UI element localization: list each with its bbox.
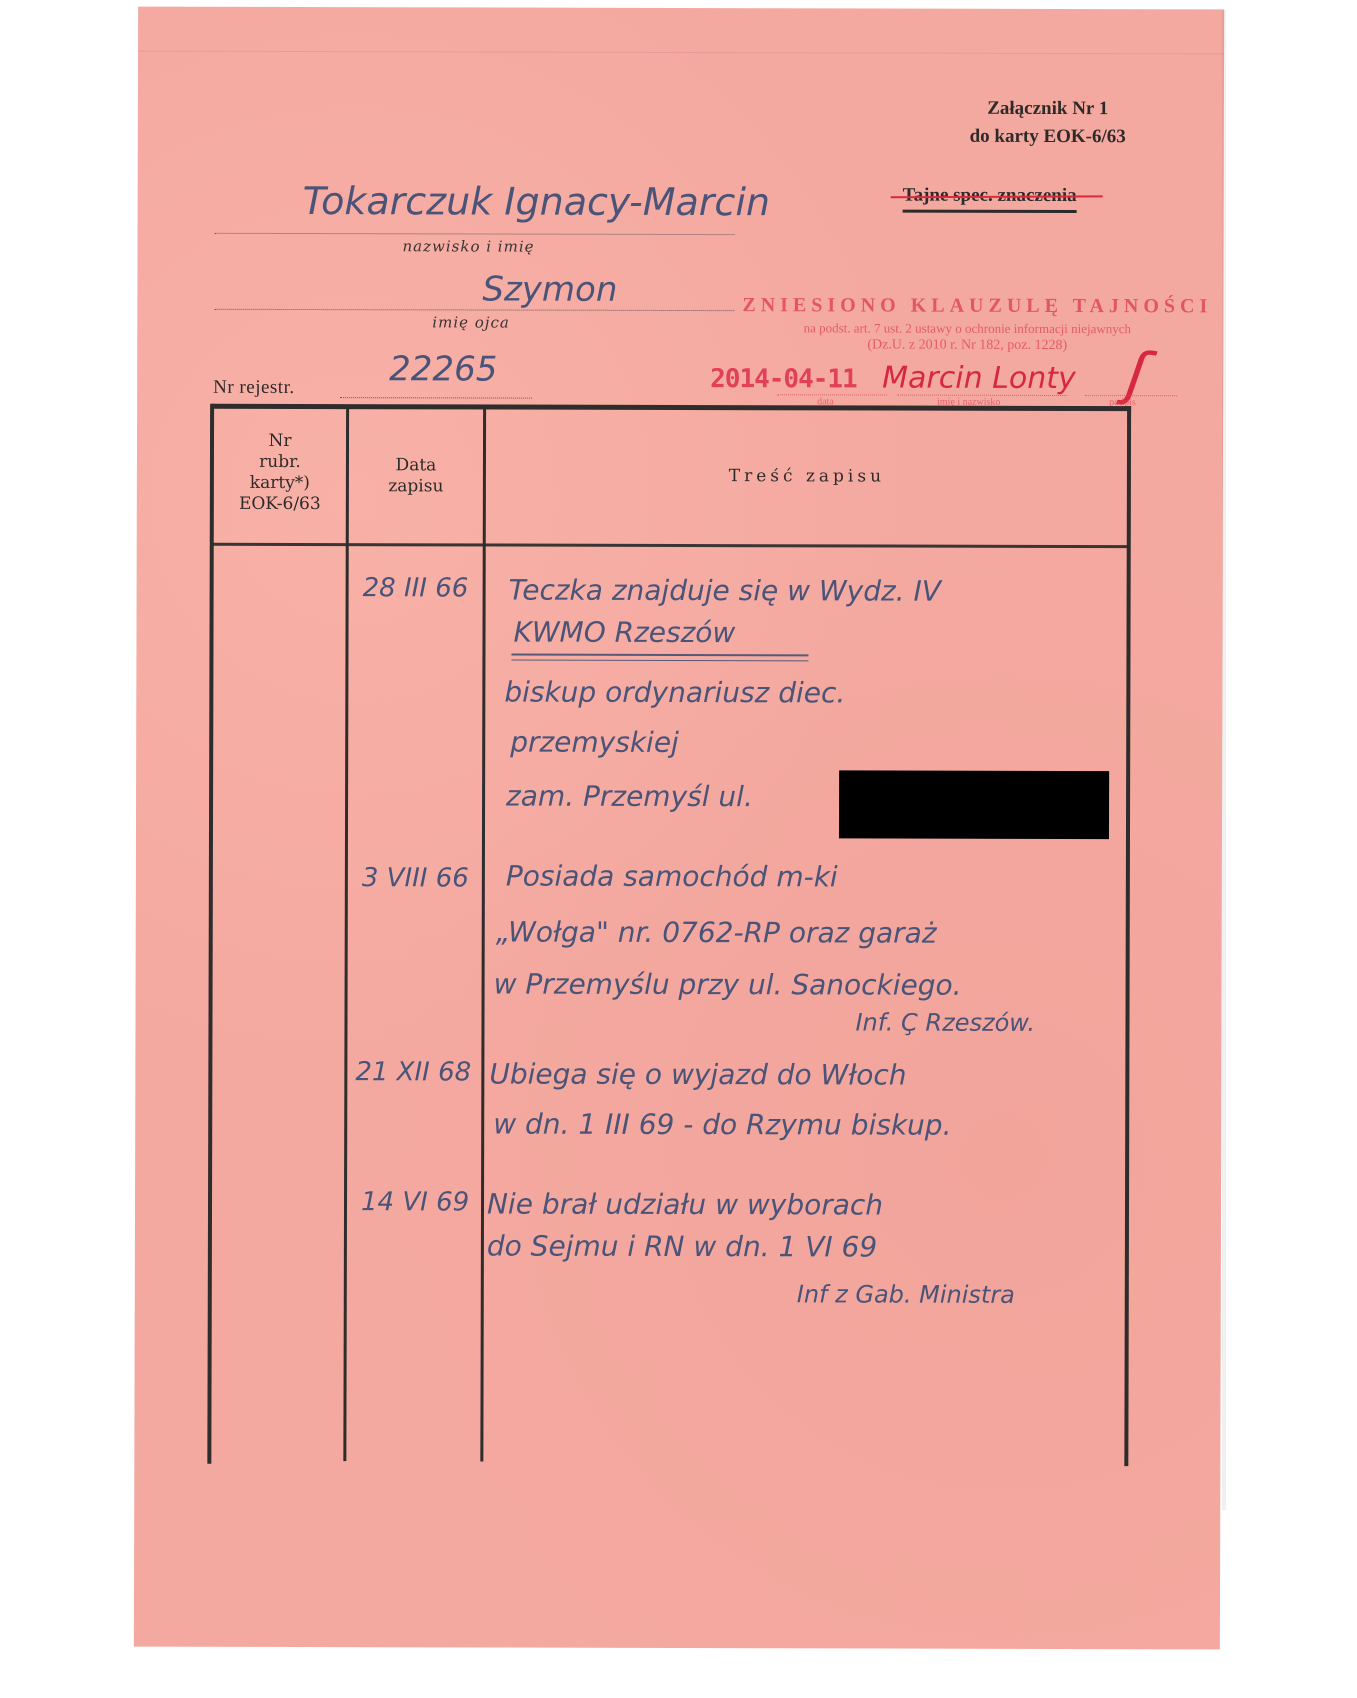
stamp-sign-line <box>1085 395 1177 396</box>
registry-value: 22265 <box>389 349 497 389</box>
row-2-date: 3 VIII 66 <box>362 863 469 893</box>
row-1-line-2: KWMO Rzeszów <box>513 616 735 650</box>
row-2-line-3: w Przemyślu przy ul. Sanockiego. <box>494 968 962 1002</box>
table-left-border <box>207 404 214 1464</box>
row-2-line-2: „Wołga" nr. 0762-RP oraz garaż <box>496 916 937 950</box>
declassification-stamp-title: ZNIESIONO KLAUZULĘ TAJNOŚCI <box>742 294 1212 318</box>
classification-underline <box>903 210 1077 213</box>
header-rubric-number: Nr rubr. karty*) EOK-6/63 <box>214 431 346 515</box>
name-label: nazwisko i imię <box>402 237 534 255</box>
stamp-date-line <box>777 394 887 395</box>
row-4-line-3: Inf z Gab. Ministra <box>797 1280 1015 1309</box>
father-name-value: Szymon <box>482 269 617 309</box>
header-rubric-line-2: rubr. <box>214 452 346 473</box>
row-1-line-3: biskup ordynariusz diec. <box>504 676 845 710</box>
header-rubric-line-3: karty*) <box>214 473 346 494</box>
row-2-line-4: Inf. Ç Rzeszów. <box>855 1008 1035 1036</box>
row-2-line-1: Posiada samochód m-ki <box>506 860 838 894</box>
registry-field-line <box>340 397 532 399</box>
header-entry-date: Data zapisu <box>349 455 483 497</box>
header-rubric-line-1: Nr <box>214 431 346 452</box>
registry-label: Nr rejestr. <box>213 377 295 399</box>
table-col-divider-2 <box>480 407 486 1461</box>
annex-header: Załącznik Nr 1 do karty EOK-6/63 <box>970 95 1126 151</box>
row-1-line-4: przemyskiej <box>510 726 679 759</box>
sheet-edge-shadow <box>1222 10 1226 1510</box>
declassification-legal-basis: na podst. art. 7 ust. 2 ustawy o ochroni… <box>762 320 1172 337</box>
row-3-date: 21 XII 68 <box>355 1057 471 1087</box>
row-1-date: 28 III 66 <box>363 573 469 603</box>
declassification-date: 2014-04-11 <box>710 364 857 394</box>
redaction-box <box>839 770 1109 839</box>
header-rubric-line-4: EOK-6/63 <box>214 494 346 515</box>
father-field-line <box>214 309 734 311</box>
row-1-line-5: zam. Przemyśl ul. <box>506 780 753 814</box>
name-field-line <box>215 233 735 235</box>
header-date-line-1: Data <box>349 455 483 476</box>
father-label: imię ojca <box>432 313 510 331</box>
annex-line-1: Załącznik Nr 1 <box>970 95 1126 123</box>
row-4-date: 14 VI 69 <box>361 1187 469 1217</box>
header-entry-content: Treść zapisu <box>487 465 1127 488</box>
row-3-line-1: Ubiega się o wyjazd do Włoch <box>489 1058 906 1092</box>
name-value: Tokarczuk Ignacy-Marcin <box>303 179 770 224</box>
table-top-border <box>212 404 1131 411</box>
annex-line-2: do karty EOK-6/63 <box>970 123 1126 151</box>
declassification-citation: (Dz.U. z 2010 r. Nr 182, poz. 1228) <box>762 337 1172 354</box>
table-col-divider-1 <box>343 407 349 1461</box>
row-3-line-2: w dn. 1 III 69 - do Rzymu biskup. <box>493 1108 951 1142</box>
fold-line <box>138 51 1224 55</box>
declassification-signature-name: Marcin Lonty <box>882 361 1076 397</box>
row-4-line-2: do Sejmu i RN w dn. 1 VI 69 <box>487 1229 877 1263</box>
row-1-underline <box>511 654 808 662</box>
document-sheet: Załącznik Nr 1 do karty EOK-6/63 Tajne s… <box>134 7 1224 1650</box>
table-header-divider <box>212 543 1128 548</box>
classification-label: Tajne spec. znaczenia <box>903 185 1077 207</box>
table-right-border <box>1124 406 1131 1466</box>
row-1-line-1: Teczka znajduje się w Wydz. IV <box>509 574 941 608</box>
row-4-line-1: Nie brał udziału w wyborach <box>487 1187 883 1221</box>
header-date-line-2: zapisu <box>349 476 483 497</box>
